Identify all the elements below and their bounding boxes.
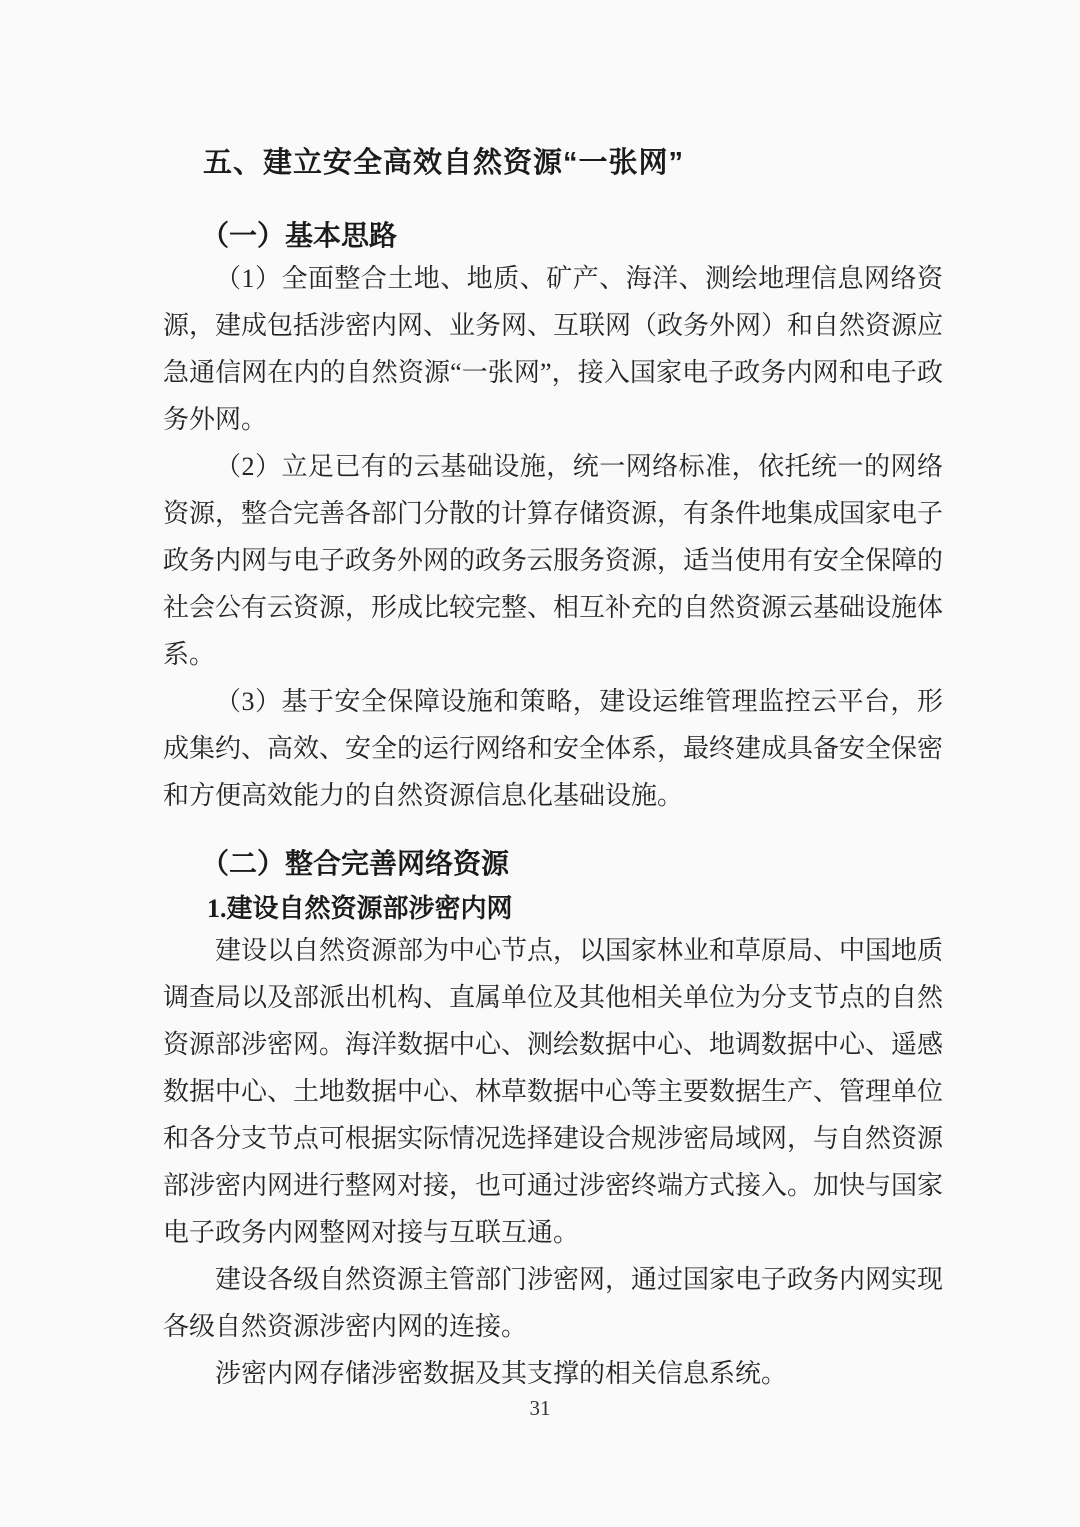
section-1-paragraph-2: （2）立足已有的云基础设施，统一网络标准，依托统一的网络资源，整合完善各部门分散… xyxy=(163,443,943,678)
section-2-subheading: 1.建设自然资源部涉密内网 xyxy=(163,891,943,927)
section-2-paragraph-2: 建设各级自然资源主管部门涉密网，通过国家电子政务内网实现各级自然资源涉密内网的连… xyxy=(163,1256,943,1350)
document-page: 五、建立安全高效自然资源“一张网” （一）基本思路 （1）全面整合土地、地质、矿… xyxy=(0,0,1080,1527)
document-title: 五、建立安全高效自然资源“一张网” xyxy=(163,143,943,183)
document-content: 五、建立安全高效自然资源“一张网” （一）基本思路 （1）全面整合土地、地质、矿… xyxy=(163,143,943,1397)
page-number: 31 xyxy=(0,1396,1080,1421)
section-1-paragraph-1: （1）全面整合土地、地质、矿产、海洋、测绘地理信息网络资源，建成包括涉密内网、业… xyxy=(163,255,943,443)
section-1-paragraph-3: （3）基于安全保障设施和策略，建设运维管理监控云平台，形成集约、高效、安全的运行… xyxy=(163,678,943,819)
section-2-paragraph-3: 涉密内网存储涉密数据及其支撑的相关信息系统。 xyxy=(163,1350,943,1397)
section-1-heading: （一）基本思路 xyxy=(163,217,943,255)
section-2-paragraph-1: 建设以自然资源部为中心节点，以国家林业和草原局、中国地质调查局以及部派出机构、直… xyxy=(163,927,943,1256)
section-2-heading: （二）整合完善网络资源 xyxy=(163,845,943,883)
